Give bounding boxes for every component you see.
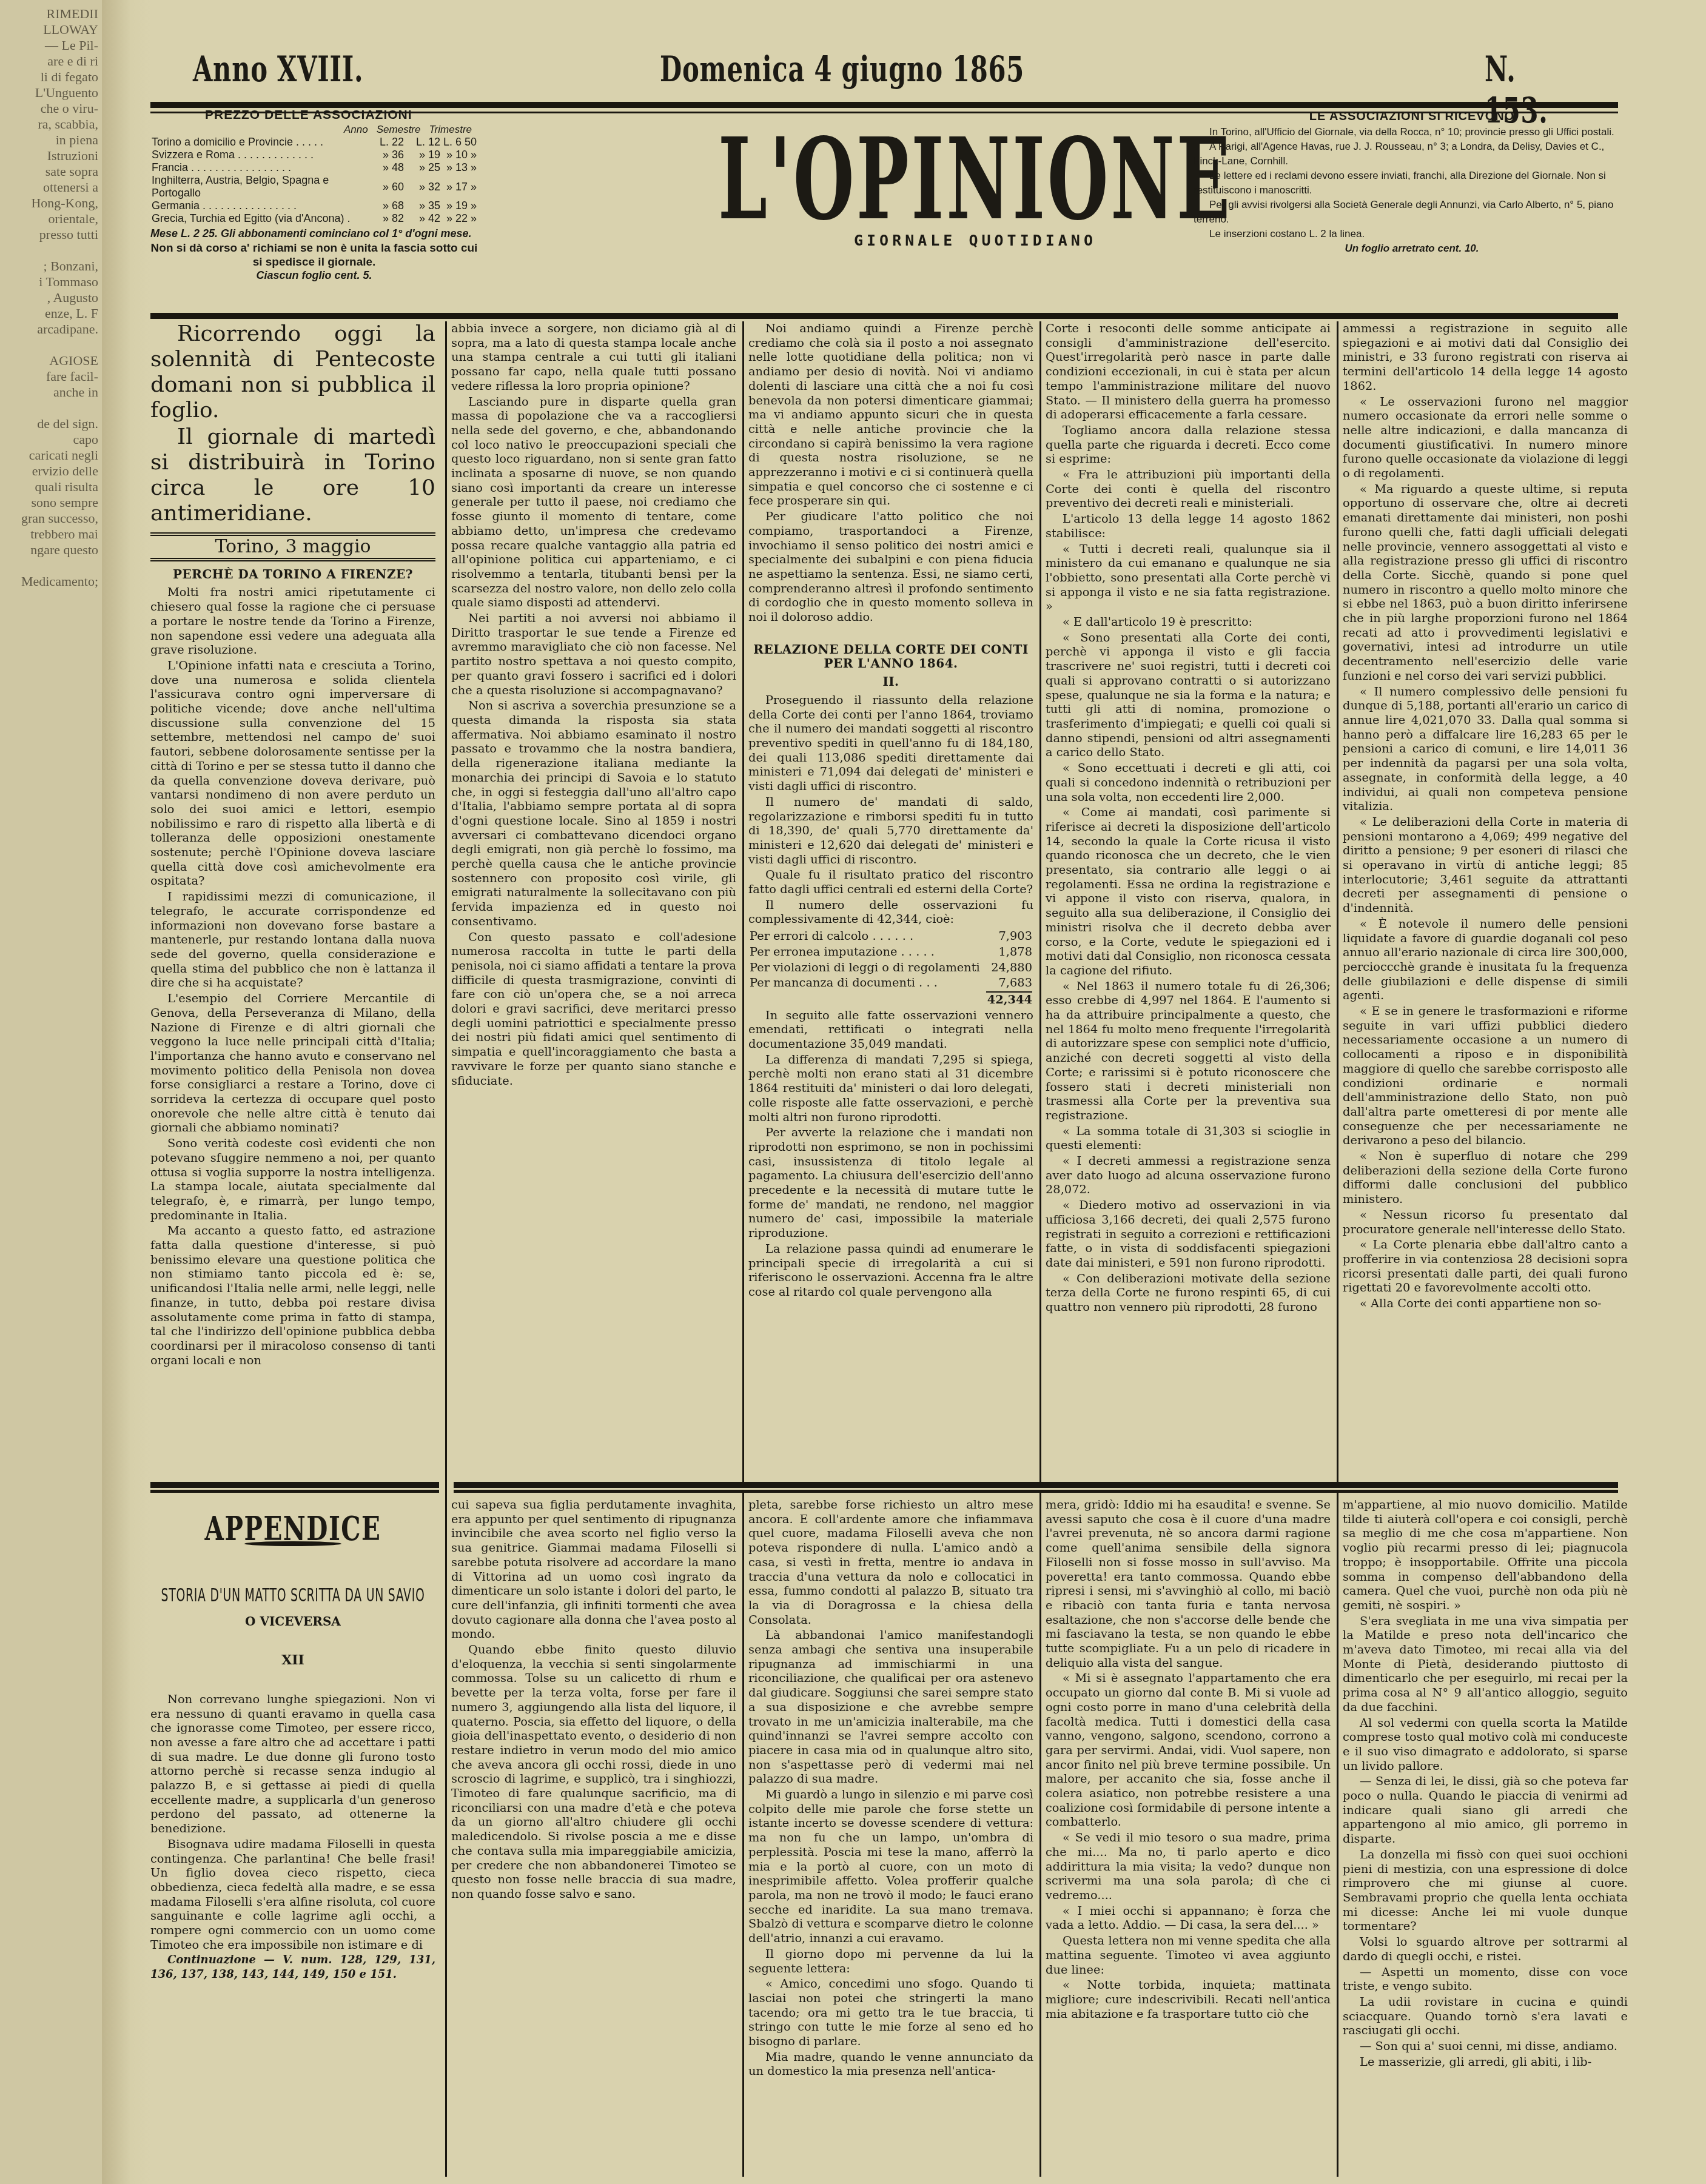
prices-table: Torino a domicilio e Provincie . . . . .…: [150, 136, 478, 225]
issue-date: Domenica 4 giugno 1865: [660, 49, 1024, 90]
subscription-title: LE ASSOCIAZIONI SI RICEVONO: [1194, 109, 1630, 124]
binding-gutter: [102, 0, 150, 2184]
column-2-appendice: cui sapeva sua figlia perdutamente invag…: [451, 1498, 736, 1903]
newspaper-page: Anno XVIII. Domenica 4 giugno 1865 N. 15…: [150, 30, 1630, 2177]
column-1-appendice: APPENDICE STORIA D'UN MATTO SCRITTA DA U…: [150, 1498, 435, 1983]
column-rule: [1039, 321, 1041, 2177]
monthly-price: Mese L. 2 25. Gli abbonamenti cominciano…: [150, 227, 478, 240]
volume-year: Anno XVIII.: [193, 49, 363, 90]
appendice-separator: [454, 1482, 1618, 1490]
story-subtitle: O VICEVERSA: [150, 1615, 435, 1629]
column-rule: [742, 321, 744, 2177]
previous-page-snippets: RIMEDII LLOWAY — Le Pil- are e di ri li …: [0, 0, 102, 595]
notice-pentecost: Ricorrendo oggi la solennità di Pentecos…: [150, 321, 435, 423]
table-row: Per mancanza di documenti . . .7,683: [750, 976, 1032, 990]
column-3-appendice: pleta, sarebbe forse richiesto un altro …: [748, 1498, 1033, 2080]
price-row: Germania . . . . . . . . . . . . . . . .…: [150, 199, 478, 212]
appendice-heading: APPENDICE: [186, 1522, 400, 1536]
table-total-row: 42,344: [750, 991, 1032, 1007]
column-2: abbia invece a sorgere, non diciamo già …: [451, 321, 736, 1089]
claims-note: Non si dà corso a' richiami se non è uni…: [150, 241, 478, 269]
part-number: II.: [748, 675, 1033, 689]
table-row: Per errori di calcolo . . . . . .7,903: [750, 929, 1032, 943]
single-copy-price: Ciascun foglio cent. 5.: [150, 269, 478, 282]
article-headline: RELAZIONE DELLA CORTE DEI CONTI PER L'AN…: [748, 643, 1033, 671]
table-row: Per erronea imputazione . . . . .1,878: [750, 945, 1032, 959]
price-row: Francia . . . . . . . . . . . . . . . . …: [150, 161, 478, 174]
column-5: ammessi a registrazione in seguito alle …: [1343, 321, 1628, 1312]
subscription-prices: PREZZO DELLE ASSOCIAZIONI Anno Semestre …: [150, 108, 478, 282]
price-row: Grecia, Turchia ed Egitto (via d'Ancona)…: [150, 212, 478, 225]
column-3: Noi andiamo quindi a Firenze perchè cred…: [748, 321, 1033, 1301]
observations-table: Per errori di calcolo . . . . . .7,903 P…: [748, 928, 1033, 1008]
masthead-bottom-rule: [150, 313, 1618, 319]
table-row: Per violazioni di leggi o di regolamenti…: [750, 960, 1032, 975]
header-rule: [150, 102, 1618, 108]
column-rule: [1337, 321, 1338, 2177]
dateline-bar: Anno XVIII. Domenica 4 giugno 1865 N. 15…: [150, 49, 1618, 103]
column-1: Ricorrendo oggi la solennità di Pentecos…: [150, 321, 435, 1368]
story-title: STORIA D'UN MATTO SCRITTA DA UN SAVIO: [155, 1589, 431, 1603]
subscription-info: LE ASSOCIAZIONI SI RICEVONO In Torino, a…: [1194, 109, 1630, 256]
chapter-number: XII: [150, 1653, 435, 1668]
local-dateline: Torino, 3 maggio: [150, 532, 435, 561]
continuation-note: Continuazione — V. num. 128, 129, 131, 1…: [150, 1953, 435, 1981]
column-5-appendice: m'appartiene, al mio nuovo domicilio. Ma…: [1343, 1498, 1628, 2070]
prices-column-headers: Anno Semestre Trimestre: [150, 124, 478, 136]
price-row: Torino a domicilio e Provincie . . . . .…: [150, 136, 478, 149]
appendice-separator: [150, 1482, 439, 1490]
price-row: Inghilterra, Austria, Belgio, Spagna e P…: [150, 174, 478, 199]
price-row: Svizzera e Roma . . . . . . . . . . . . …: [150, 149, 478, 161]
column-rule: [445, 321, 447, 2177]
article-headline: PERCHÈ DA TORINO A FIRENZE?: [150, 568, 435, 582]
back-issue-price: Un foglio arretrato cent. 10.: [1194, 241, 1630, 256]
column-4: Corte i resoconti delle somme anticipate…: [1046, 321, 1331, 1316]
previous-page-margin: RIMEDII LLOWAY — Le Pil- are e di ri li …: [0, 0, 104, 2184]
column-4-appendice: mera, gridò: Iddio mi ha esaudita! e sve…: [1046, 1498, 1331, 2022]
notice-distribution: Il giornale di martedì si distribuirà in…: [150, 424, 435, 526]
prices-title: PREZZO DELLE ASSOCIAZIONI: [205, 108, 478, 122]
